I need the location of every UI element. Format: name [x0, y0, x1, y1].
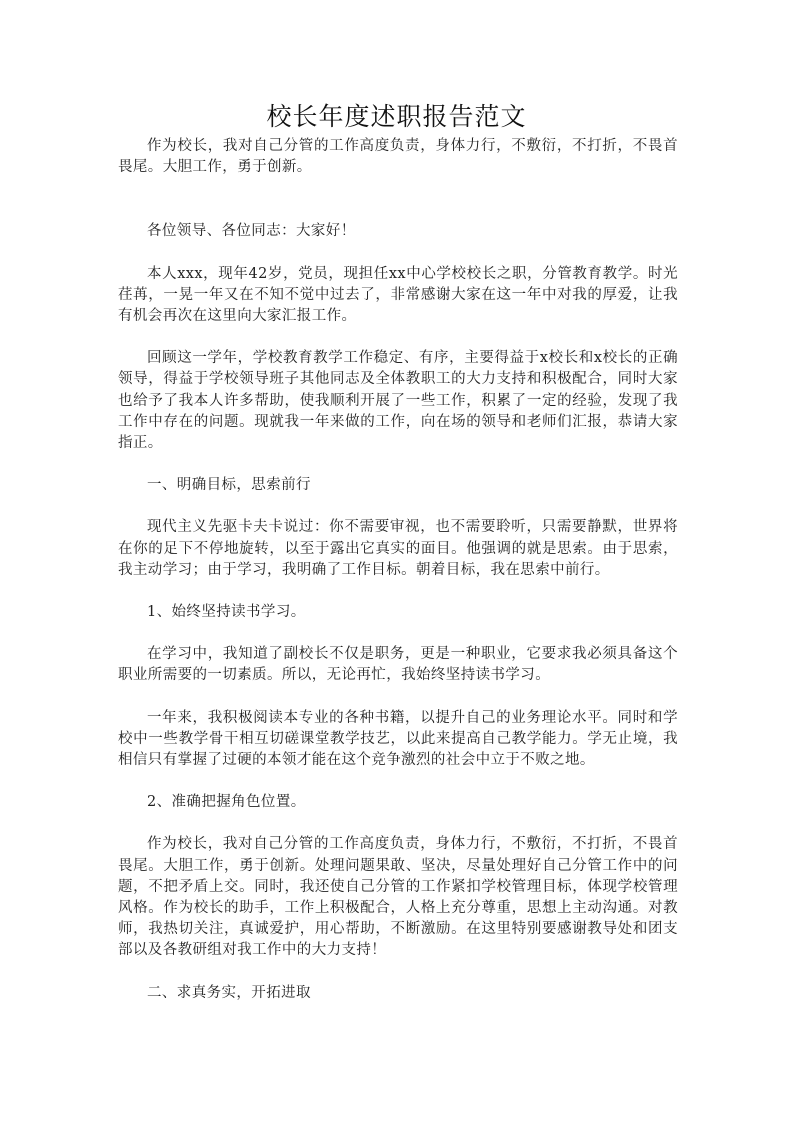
- section-heading: 一、明确目标，思索前行: [118, 475, 678, 496]
- body-paragraph: 本人xxx，现年42岁，党员，现担任xx中心学校校长之职，分管教育教学。时光荏苒…: [118, 264, 678, 328]
- spacer: [118, 962, 678, 983]
- body-paragraph: 一年来，我积极阅读本专业的各种书籍，以提升自己的业务理论水平。同时和学校中一些教…: [118, 708, 678, 772]
- spacer: [118, 581, 678, 602]
- spacer: [118, 687, 678, 708]
- body-paragraph: 回顾这一学年，学校教育教学工作稳定、有序，主要得益于x校长和x校长的正确领导，得…: [118, 348, 678, 454]
- intro-paragraph: 作为校长，我对自己分管的工作高度负责，身体力行，不敷衍，不打折，不畏首畏尾。大胆…: [118, 136, 678, 178]
- spacer: [118, 813, 678, 834]
- subsection-heading: 1、始终坚持读书学习。: [118, 602, 678, 623]
- spacer: [118, 454, 678, 475]
- spacer: [118, 623, 678, 644]
- body-paragraph: 作为校长，我对自己分管的工作高度负责，身体力行，不敷衍，不打折，不畏首畏尾。大胆…: [118, 834, 678, 961]
- section-heading: 二、求真务实，开拓进取: [118, 983, 678, 1004]
- spacer: [118, 178, 678, 221]
- spacer: [118, 327, 678, 348]
- document-page: 校长年度述职报告范文 作为校长，我对自己分管的工作高度负责，身体力行，不敷衍，不…: [0, 0, 793, 1122]
- spacer: [118, 771, 678, 792]
- spacer: [118, 243, 678, 264]
- subsection-heading: 2、准确把握角色位置。: [118, 792, 678, 813]
- body-paragraph: 在学习中，我知道了副校长不仅是职务，更是一种职业，它要求我必须具备这个职业所需要…: [118, 644, 678, 686]
- greeting-paragraph: 各位领导、各位同志：大家好！: [118, 221, 678, 242]
- spacer: [118, 496, 678, 517]
- document-title: 校长年度述职报告范文: [0, 101, 793, 133]
- document-body: 作为校长，我对自己分管的工作高度负责，身体力行，不敷衍，不打折，不畏首畏尾。大胆…: [118, 136, 678, 1004]
- body-paragraph: 现代主义先驱卡夫卡说过：你不需要审视，也不需要聆听，只需要静默，世界将在你的足下…: [118, 517, 678, 581]
